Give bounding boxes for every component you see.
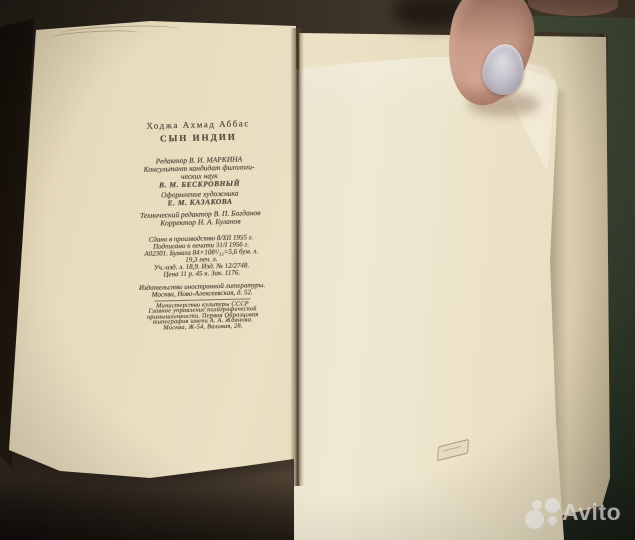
avito-watermark-text: Avito — [562, 499, 621, 525]
avito-logo-icon — [548, 516, 557, 525]
avito-watermark: Avito — [523, 495, 635, 535]
book-photo: Ходжа Ахмад Аббас СЫН ИНДИИ Редактор В. … — [0, 0, 635, 540]
avito-logo-icon — [525, 510, 544, 529]
book-title: СЫН ИНДИИ — [98, 130, 298, 145]
finger — [528, 0, 618, 16]
avito-logo-icon — [545, 498, 560, 513]
book-gutter — [290, 28, 304, 486]
avito-logo-icon — [532, 500, 542, 510]
colophon-text-block: Ходжа Ахмад Аббас СЫН ИНДИИ Редактор В. … — [98, 117, 303, 332]
